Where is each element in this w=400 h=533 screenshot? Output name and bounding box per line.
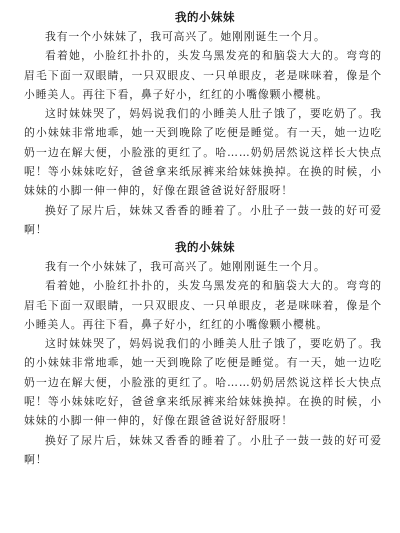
essay-title: 我的小妹妹: [28, 9, 382, 27]
essay-2: 我的小妹妹 我有一个小妹妹了，我可高兴了。她刚刚诞生一个月。 看着她，小脸红扑扑…: [24, 239, 382, 469]
paragraph: 这时妹妹哭了，妈妈说我们的小睡美人肚子饿了，要吃奶了。我的小妹妹非常地乖，她一天…: [24, 334, 382, 430]
essay-1: 我的小妹妹 我有一个小妹妹了，我可高兴了。她刚刚诞生一个月。 看着她，小脸红扑扑…: [24, 9, 382, 239]
paragraph: 我有一个小妹妹了，我可高兴了。她刚刚诞生一个月。: [24, 257, 382, 276]
paragraph: 我有一个小妹妹了，我可高兴了。她刚刚诞生一个月。: [24, 27, 382, 46]
document-page: 我的小妹妹 我有一个小妹妹了，我可高兴了。她刚刚诞生一个月。 看着她，小脸红扑扑…: [0, 0, 400, 533]
essay-title: 我的小妹妹: [28, 239, 382, 257]
paragraph: 看着她，小脸红扑扑的，头发乌黑发亮的和脑袋大大的。弯弯的眉毛下面一双眼睛，一只双…: [24, 276, 382, 334]
paragraph: 换好了尿片后，妹妹又香香的睡着了。小肚子一鼓一鼓的好可爱啊！: [24, 201, 382, 240]
paragraph: 这时妹妹哭了，妈妈说我们的小睡美人肚子饿了，要吃奶了。我的小妹妹非常地乖，她一天…: [24, 104, 382, 200]
paragraph: 看着她，小脸红扑扑的，头发乌黑发亮的和脑袋大大的。弯弯的眉毛下面一双眼睛，一只双…: [24, 46, 382, 104]
paragraph: 换好了尿片后，妹妹又香香的睡着了。小肚子一鼓一鼓的好可爱啊！: [24, 431, 382, 470]
